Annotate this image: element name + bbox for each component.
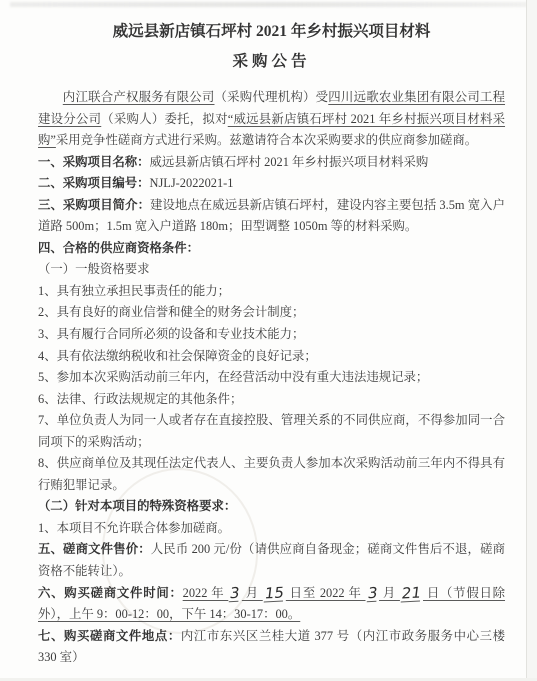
text-segment: 五、磋商文件售价： — [38, 542, 151, 556]
text-segment: 3、具有履行合同所必须的设备和专业技术能力； — [38, 327, 304, 341]
text-segment: 1、具有独立承担民事责任的能力； — [38, 284, 230, 298]
requirement-2: 2、具有良好的商业信誉和健全的财务会计制度； — [38, 302, 505, 324]
special-requirements-header: （二）针对本项目的特殊资格要求： — [38, 496, 505, 518]
special-requirement-1: 1、本项目不允许联合体参加磋商。 — [38, 518, 505, 540]
scan-artifact-right-edge — [526, 0, 537, 681]
text-segment: 月 — [379, 586, 400, 600]
text-segment: 内江联合产权服务有限公司 — [63, 90, 215, 104]
requirement-7: 7、单位负责人为同一人或者存在直接控股、管理关系的不同供应商，不得参加同一合同项… — [38, 410, 505, 453]
text-segment: （采购人）委托，拟对 — [101, 112, 227, 126]
document-subtitle: 采购公告 — [38, 50, 505, 74]
text-segment: 七、购买磋商文件地点： — [38, 629, 181, 643]
item-5-document-price: 五、磋商文件售价：人民币 200 元/份（请供应商自备现金；磋商文件售后不退，磋… — [38, 539, 505, 582]
requirement-1: 1、具有独立承担民事责任的能力； — [38, 281, 505, 303]
text-segment: （二）针对本项目的特殊资格要求： — [38, 499, 236, 513]
requirement-5: 5、参加本次采购活动前三年内，在经营活动中没有重大违法违规记录； — [38, 367, 505, 389]
requirement-6: 6、法律、行政法规规定的其他条件； — [38, 389, 505, 411]
text-segment: 7、单位负责人为同一人或者存在直接控股、管理关系的不同供应商，不得参加同一合同项… — [38, 413, 505, 449]
requirement-8: 8、供应商单位及其现任法定代表人、主要负责人参加本次采购活动前三年内不得具有行贿… — [38, 453, 505, 496]
text-segment: 5、参加本次采购活动前三年内，在经营活动中没有重大违法违规记录； — [38, 370, 428, 384]
handwritten-date: 21 — [399, 587, 424, 598]
handwritten-date: 3 — [365, 587, 380, 598]
handwritten-date: 3 — [228, 587, 243, 598]
text-segment: NJLJ-2022021-1 — [150, 176, 234, 190]
item-1-project-name: 一、采购项目名称：威远县新店镇石坪村 2021 年乡村振兴项目材料采购 — [38, 152, 505, 174]
text-segment: 采用竞争性磋商方式进行采购。兹邀请符合本次采购要求的供应商参加磋商。 — [56, 133, 477, 147]
text-segment: （采购代理机构）受 — [215, 90, 329, 104]
text-segment: 8、供应商单位及其现任法定代表人、主要负责人参加本次采购活动前三年内不得具有行贿… — [38, 456, 505, 492]
general-requirements-header: （一）一般资格要求 — [38, 259, 505, 281]
text-segment: 4、具有依法缴纳税收和社会保障资金的良好记录； — [38, 349, 317, 363]
text-segment: 月 — [242, 586, 263, 600]
document-page: 威远县新店镇石坪村 2021 年乡村振兴项目材料 采购公告 内江联合产权服务有限… — [0, 0, 537, 681]
document-body: 内江联合产权服务有限公司（采购代理机构）受四川远歌农业集团有限公司工程建设分公司… — [38, 87, 505, 669]
item-2-project-number: 二、采购项目编号：NJLJ-2022021-1 — [38, 173, 505, 195]
text-segment: 四、合格的供应商资格条件： — [38, 241, 199, 255]
document-content: 威远县新店镇石坪村 2021 年乡村振兴项目材料 采购公告 内江联合产权服务有限… — [0, 0, 537, 669]
item-7-purchase-location: 七、购买磋商文件地点：内江市东兴区兰桂大道 377 号（内江市政务服务中心三楼 … — [38, 626, 505, 669]
item-6-purchase-time: 六、购买磋商文件时间：2022 年 3 月 15 日至 2022 年 3 月 2… — [38, 583, 505, 626]
text-segment: 威远县新店镇石坪村 2021 年乡村振兴项目材料采购 — [150, 155, 429, 169]
text-segment: 六、购买磋商文件时间： — [38, 586, 183, 600]
text-segment: 三、采购项目简介： — [38, 198, 150, 212]
item-4-qualification-header: 四、合格的供应商资格条件： — [38, 238, 505, 260]
text-segment: 日至 2022 年 — [286, 586, 366, 600]
text-segment: 一、采购项目名称： — [38, 155, 150, 169]
handwritten-date: 15 — [262, 587, 287, 598]
item-3-project-brief: 三、采购项目简介：建设地点在威远县新店镇石坪村，建设内容主要包括 3.5m 宽入… — [38, 195, 505, 238]
text-segment: 2、具有良好的商业信誉和健全的财务会计制度； — [38, 305, 304, 319]
text-segment: 2022 年 — [183, 586, 229, 600]
text-segment: 1、本项目不允许联合体参加磋商。 — [38, 521, 230, 535]
text-segment: （一）一般资格要求 — [38, 262, 150, 276]
requirement-3: 3、具有履行合同所必须的设备和专业技术能力； — [38, 324, 505, 346]
intro-paragraph: 内江联合产权服务有限公司（采购代理机构）受四川远歌农业集团有限公司工程建设分公司… — [38, 87, 505, 152]
requirement-4: 4、具有依法缴纳税收和社会保障资金的良好记录； — [38, 346, 505, 368]
text-segment: 6、法律、行政法规规定的其他条件； — [38, 392, 242, 406]
document-title: 威远县新店镇石坪村 2021 年乡村振兴项目材料 — [38, 20, 505, 44]
text-segment: 二、采购项目编号： — [38, 176, 150, 190]
